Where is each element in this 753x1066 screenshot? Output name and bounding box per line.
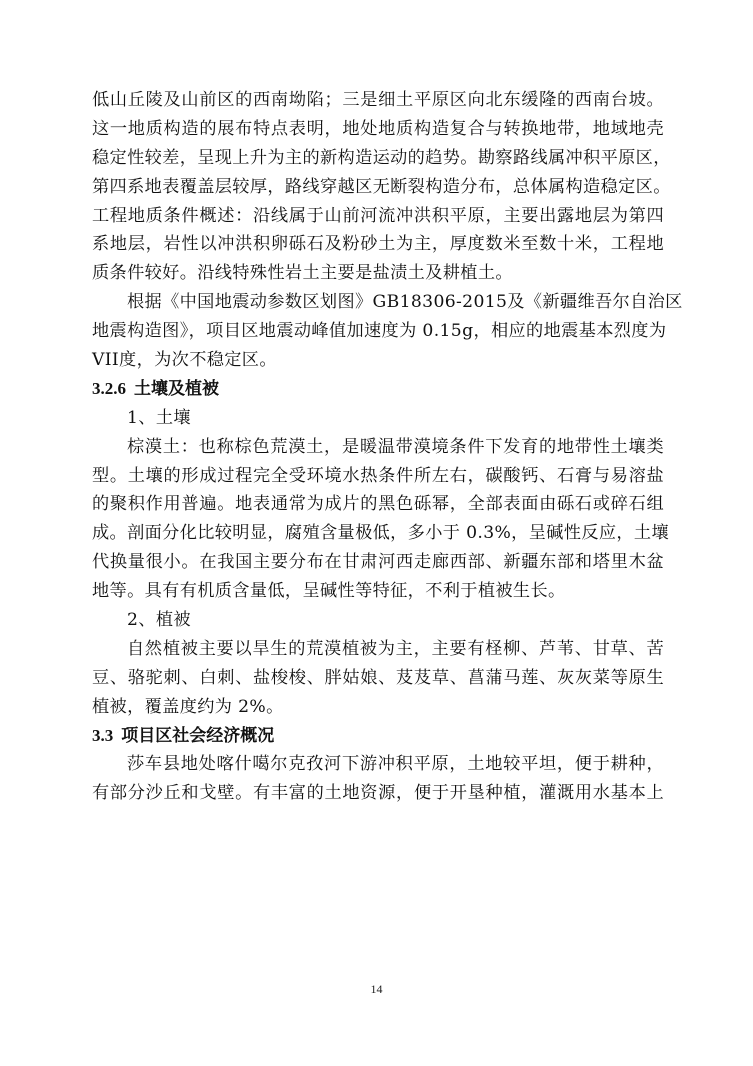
paragraph-line: 地等。具有有机质含量低，呈碱性等特征，不利于植被生长。	[92, 577, 664, 606]
document-page: 低山丘陵及山前区的西南坳陷；三是细土平原区向北东缓隆的西南台坡。 这一地质构造的…	[92, 86, 664, 808]
paragraph-line: 豆、骆驼刺、白刺、盐梭梭、胖姑娘、芨芨草、菖蒲马莲、灰灰菜等原生	[92, 664, 664, 693]
paragraph-line: 稳定性较差，呈现上升为主的新构造运动的趋势。勘察路线属冲积平原区，	[92, 144, 664, 173]
section-number: 3.2.6	[92, 379, 126, 398]
paragraph-line: 自然植被主要以旱生的荒漠植被为主，主要有柽柳、芦苇、甘草、苦	[92, 635, 664, 664]
paragraph-line: VII度，为次不稳定区。	[92, 346, 664, 375]
section-heading-3-3: 3.3项目区社会经济概况	[92, 722, 664, 751]
section-title: 项目区社会经济概况	[121, 726, 274, 746]
paragraph-line: 成。剖面分化比较明显，腐殖含量极低，多小于 0.3%，呈碱性反应，土壤	[92, 519, 664, 548]
paragraph-line: 代换量很小。在我国主要分布在甘肃河西走廊西部、新疆东部和塔里木盆	[92, 548, 664, 577]
paragraph-line: 型。土壤的形成过程完全受环境水热条件所左右，碳酸钙、石膏与易溶盐	[92, 462, 664, 491]
paragraph-line: 第四系地表覆盖层较厚，路线穿越区无断裂构造分布，总体属构造稳定区。	[92, 173, 664, 202]
paragraph-line: 植被，覆盖度约为 2%。	[92, 693, 664, 722]
paragraph-line: 地震构造图》，项目区地震动峰值加速度为 0.15g，相应的地震基本烈度为	[92, 317, 664, 346]
subheading-vegetation: 2、植被	[92, 606, 664, 635]
paragraph-line: 根据《中国地震动参数区划图》GB18306-2015及《新疆维吾尔自治区	[92, 288, 664, 317]
paragraph-line: 有部分沙丘和戈壁。有丰富的土地资源，便于开垦种植，灌溉用水基本上	[92, 779, 664, 808]
subheading-soil: 1、土壤	[92, 404, 664, 433]
page-number: 14	[0, 982, 753, 997]
paragraph-line: 的聚积作用普遍。地表通常为成片的黑色砾幂，全部表面由砾石或碎石组	[92, 490, 664, 519]
paragraph-line: 莎车县地处喀什噶尔克孜河下游冲积平原，土地较平坦，便于耕种，	[92, 750, 664, 779]
paragraph-line: 这一地质构造的展布特点表明，地处地质构造复合与转换地带，地域地壳	[92, 115, 664, 144]
paragraph-line: 棕漠土：也称棕色荒漠土，是暖温带漠境条件下发育的地带性土壤类	[92, 433, 664, 462]
paragraph-line: 系地层，岩性以冲洪积卵砾石及粉砂土为主，厚度数米至数十米，工程地	[92, 230, 664, 259]
paragraph-line: 低山丘陵及山前区的西南坳陷；三是细土平原区向北东缓隆的西南台坡。	[92, 86, 664, 115]
section-heading-3-2-6: 3.2.6土壤及植被	[92, 375, 664, 404]
section-number: 3.3	[92, 726, 113, 745]
section-title: 土壤及植被	[134, 379, 219, 399]
paragraph-line: 工程地质条件概述：沿线属于山前河流冲洪积平原，主要出露地层为第四	[92, 202, 664, 231]
paragraph-line: 质条件较好。沿线特殊性岩土主要是盐渍土及耕植土。	[92, 259, 664, 288]
